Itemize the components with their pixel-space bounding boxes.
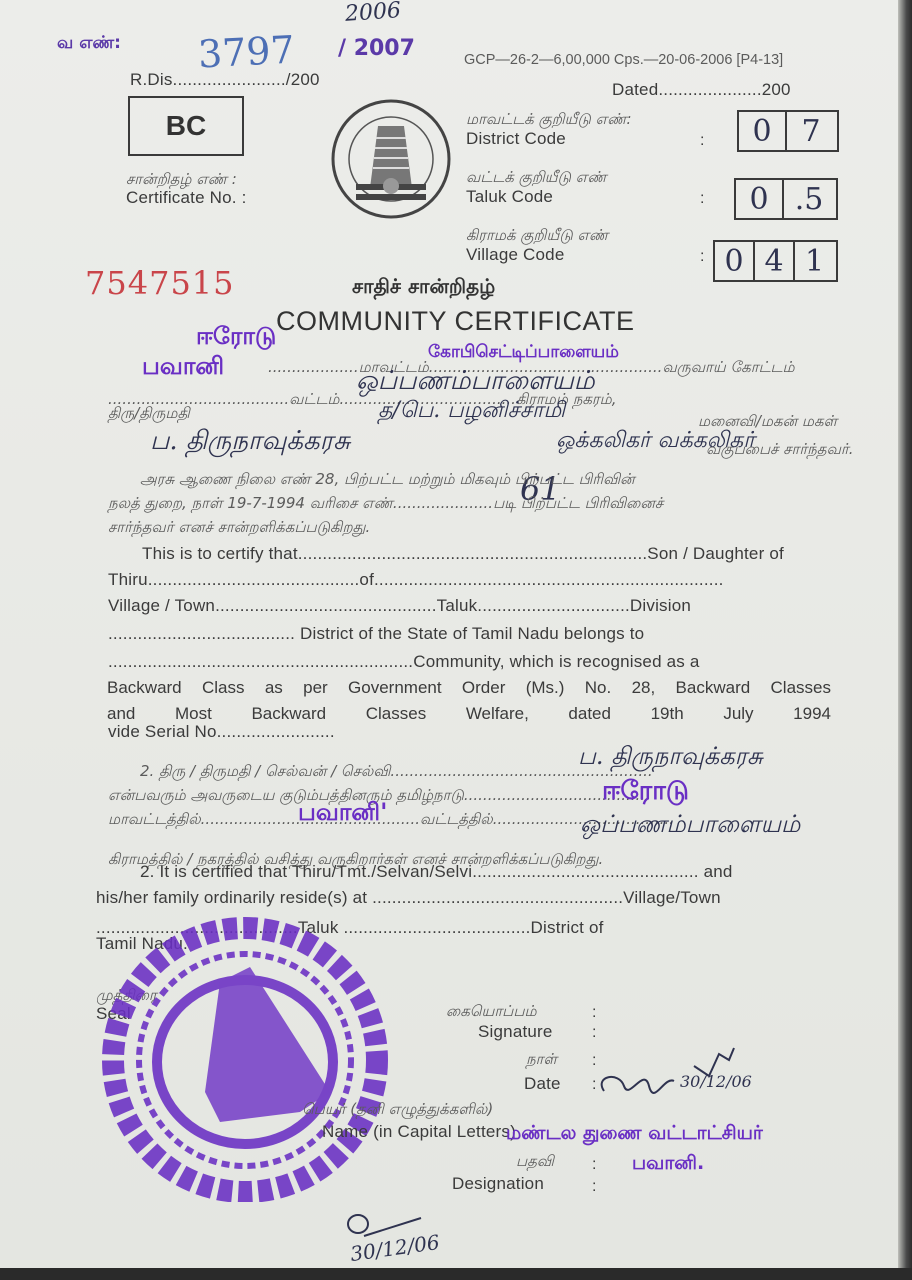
signature-label-tamil: கையொப்பம் (446, 1002, 537, 1022)
residence-tamil-line-2: என்பவரும் அவருடைய குடும்பத்தினரும் தமிழ்… (108, 786, 832, 806)
village-code-label-tamil: கிராமக் குறியீடு எண் (466, 226, 608, 246)
english-line-6: Backward Class as per Government Order (… (107, 678, 831, 698)
colon: : (592, 1024, 596, 1042)
residence-english-line-1: 2. It is certified that Thiru/Tmt./Selva… (140, 862, 832, 882)
district-code-digit: 7 (787, 112, 835, 150)
title-english: COMMUNITY CERTIFICATE (276, 306, 635, 337)
date-label: Date (524, 1074, 561, 1094)
english-line-2: Thiru...................................… (108, 570, 832, 590)
village-code-digit: 1 (795, 242, 834, 280)
village-code-digit: 4 (755, 242, 795, 280)
taluk-code-box: 0 .5 (734, 178, 838, 220)
tamil-para-line-2: நலத் துறை, நாள் 19-7-1994 வரிசை எண்.....… (108, 494, 663, 514)
taluk-code-digit: .5 (784, 180, 834, 218)
english-line-3: Village / Town..........................… (108, 596, 832, 616)
designation-stamp-line-2: பவானி. (632, 1152, 704, 1177)
certificate-no-label: Certificate No. : (126, 188, 247, 208)
tamil-nadu-emblem-icon (328, 96, 454, 222)
name-label: Name (in Capital Letters) (322, 1122, 516, 1142)
colon: : (592, 1004, 596, 1022)
date-label-tamil: நாள் (526, 1050, 557, 1070)
residence-stamp-district: ஈரோடு (602, 776, 689, 809)
printer-line: GCP—26-2—6,00,000 Cps.—20-06-2006 [P4-13… (464, 52, 783, 68)
stamp-district: ஈரோடு (196, 322, 276, 353)
colon: : (700, 132, 704, 150)
stamp-taluk: பவானி (142, 352, 224, 383)
district-code-box: 0 7 (737, 110, 839, 152)
english-line-8: vide Serial No........................ (108, 722, 335, 742)
designation-stamp-line-1: மண்டல துணை வட்டாட்சியர் (506, 1122, 763, 1147)
name-label-tamil: பெயர் (தனி எழுத்துக்களில்) (302, 1100, 493, 1120)
village-code-box: 0 4 1 (713, 240, 838, 282)
colon: : (700, 190, 704, 208)
signature-date: 30/12/06 (680, 1072, 752, 1091)
certificate-page: வ எண்: 3797 / 2007 2006 R.Dis...........… (0, 0, 900, 1268)
tamil-line-3-prefix: திரு/திருமதி (108, 404, 190, 424)
handwritten-person: ப. திருநாவுக்கரசு (150, 426, 350, 459)
ref-label: வ எண்: (57, 33, 121, 55)
designation-label-tamil: பதவி (516, 1152, 554, 1172)
photo-bottom-edge (0, 1268, 912, 1280)
ref-year-correction: 2006 (344, 0, 402, 27)
official-seal-stamp-icon (100, 912, 390, 1202)
english-line-7: and Most Backward Classes Welfare, dated… (107, 704, 831, 724)
residence-stamp-taluk: பவானி' (298, 798, 387, 829)
rdis-field: R.Dis......................./200 (130, 70, 320, 90)
colon: : (700, 248, 704, 266)
district-code-digit: 0 (739, 112, 787, 150)
residence-handwritten-name: ப. திருநாவுக்கரசு (578, 742, 763, 773)
colon: : (592, 1156, 596, 1174)
english-line-1: This is to certify that.................… (142, 544, 832, 564)
certificate-no-label-tamil: சான்றிதழ் எண் : (126, 170, 237, 190)
serial-number: 7547515 (85, 264, 235, 302)
village-code-label: Village Code (466, 245, 565, 265)
tamil-line-4-suffix: வகுப்பைச் சார்ந்தவர். (706, 440, 854, 460)
residence-handwritten-village: ஒப்பணம்பாளையம் (580, 810, 800, 841)
district-code-label: District Code (466, 129, 566, 149)
district-code-label-tamil: மாவட்டக் குறியீடு எண்: (466, 110, 632, 130)
taluk-code-label: Taluk Code (466, 187, 553, 207)
signature-label: Signature (478, 1022, 553, 1042)
english-line-5: ........................................… (108, 652, 832, 672)
designation-label: Designation (452, 1174, 544, 1194)
english-line-4: ...................................... D… (108, 624, 832, 644)
residence-english-line-2: his/her family ordinarily reside(s) at .… (96, 888, 832, 908)
photo-edge (898, 0, 912, 1280)
village-code-digit: 0 (715, 242, 755, 280)
tamil-para-line-3: சார்ந்தவர் எனச் சான்றளிக்கப்படுகிறது. (108, 518, 370, 538)
category-box: BC (128, 96, 244, 156)
title-tamil: சாதிச் சான்றிதழ் (352, 274, 495, 301)
handwritten-relation: த/பெ. பழனிச்சாமி (378, 398, 565, 426)
colon: : (592, 1178, 596, 1196)
dated-field: Dated.....................200 (612, 80, 791, 100)
category-label: BC (166, 110, 206, 142)
ref-year: / 2007 (338, 36, 415, 61)
tamil-para-line-1: அரசு ஆணை நிலை எண் 28, பிற்பட்ட மற்றும் ம… (140, 470, 635, 490)
taluk-code-digit: 0 (736, 180, 784, 218)
taluk-code-label-tamil: வட்டக் குறியீடு எண் (466, 168, 607, 188)
